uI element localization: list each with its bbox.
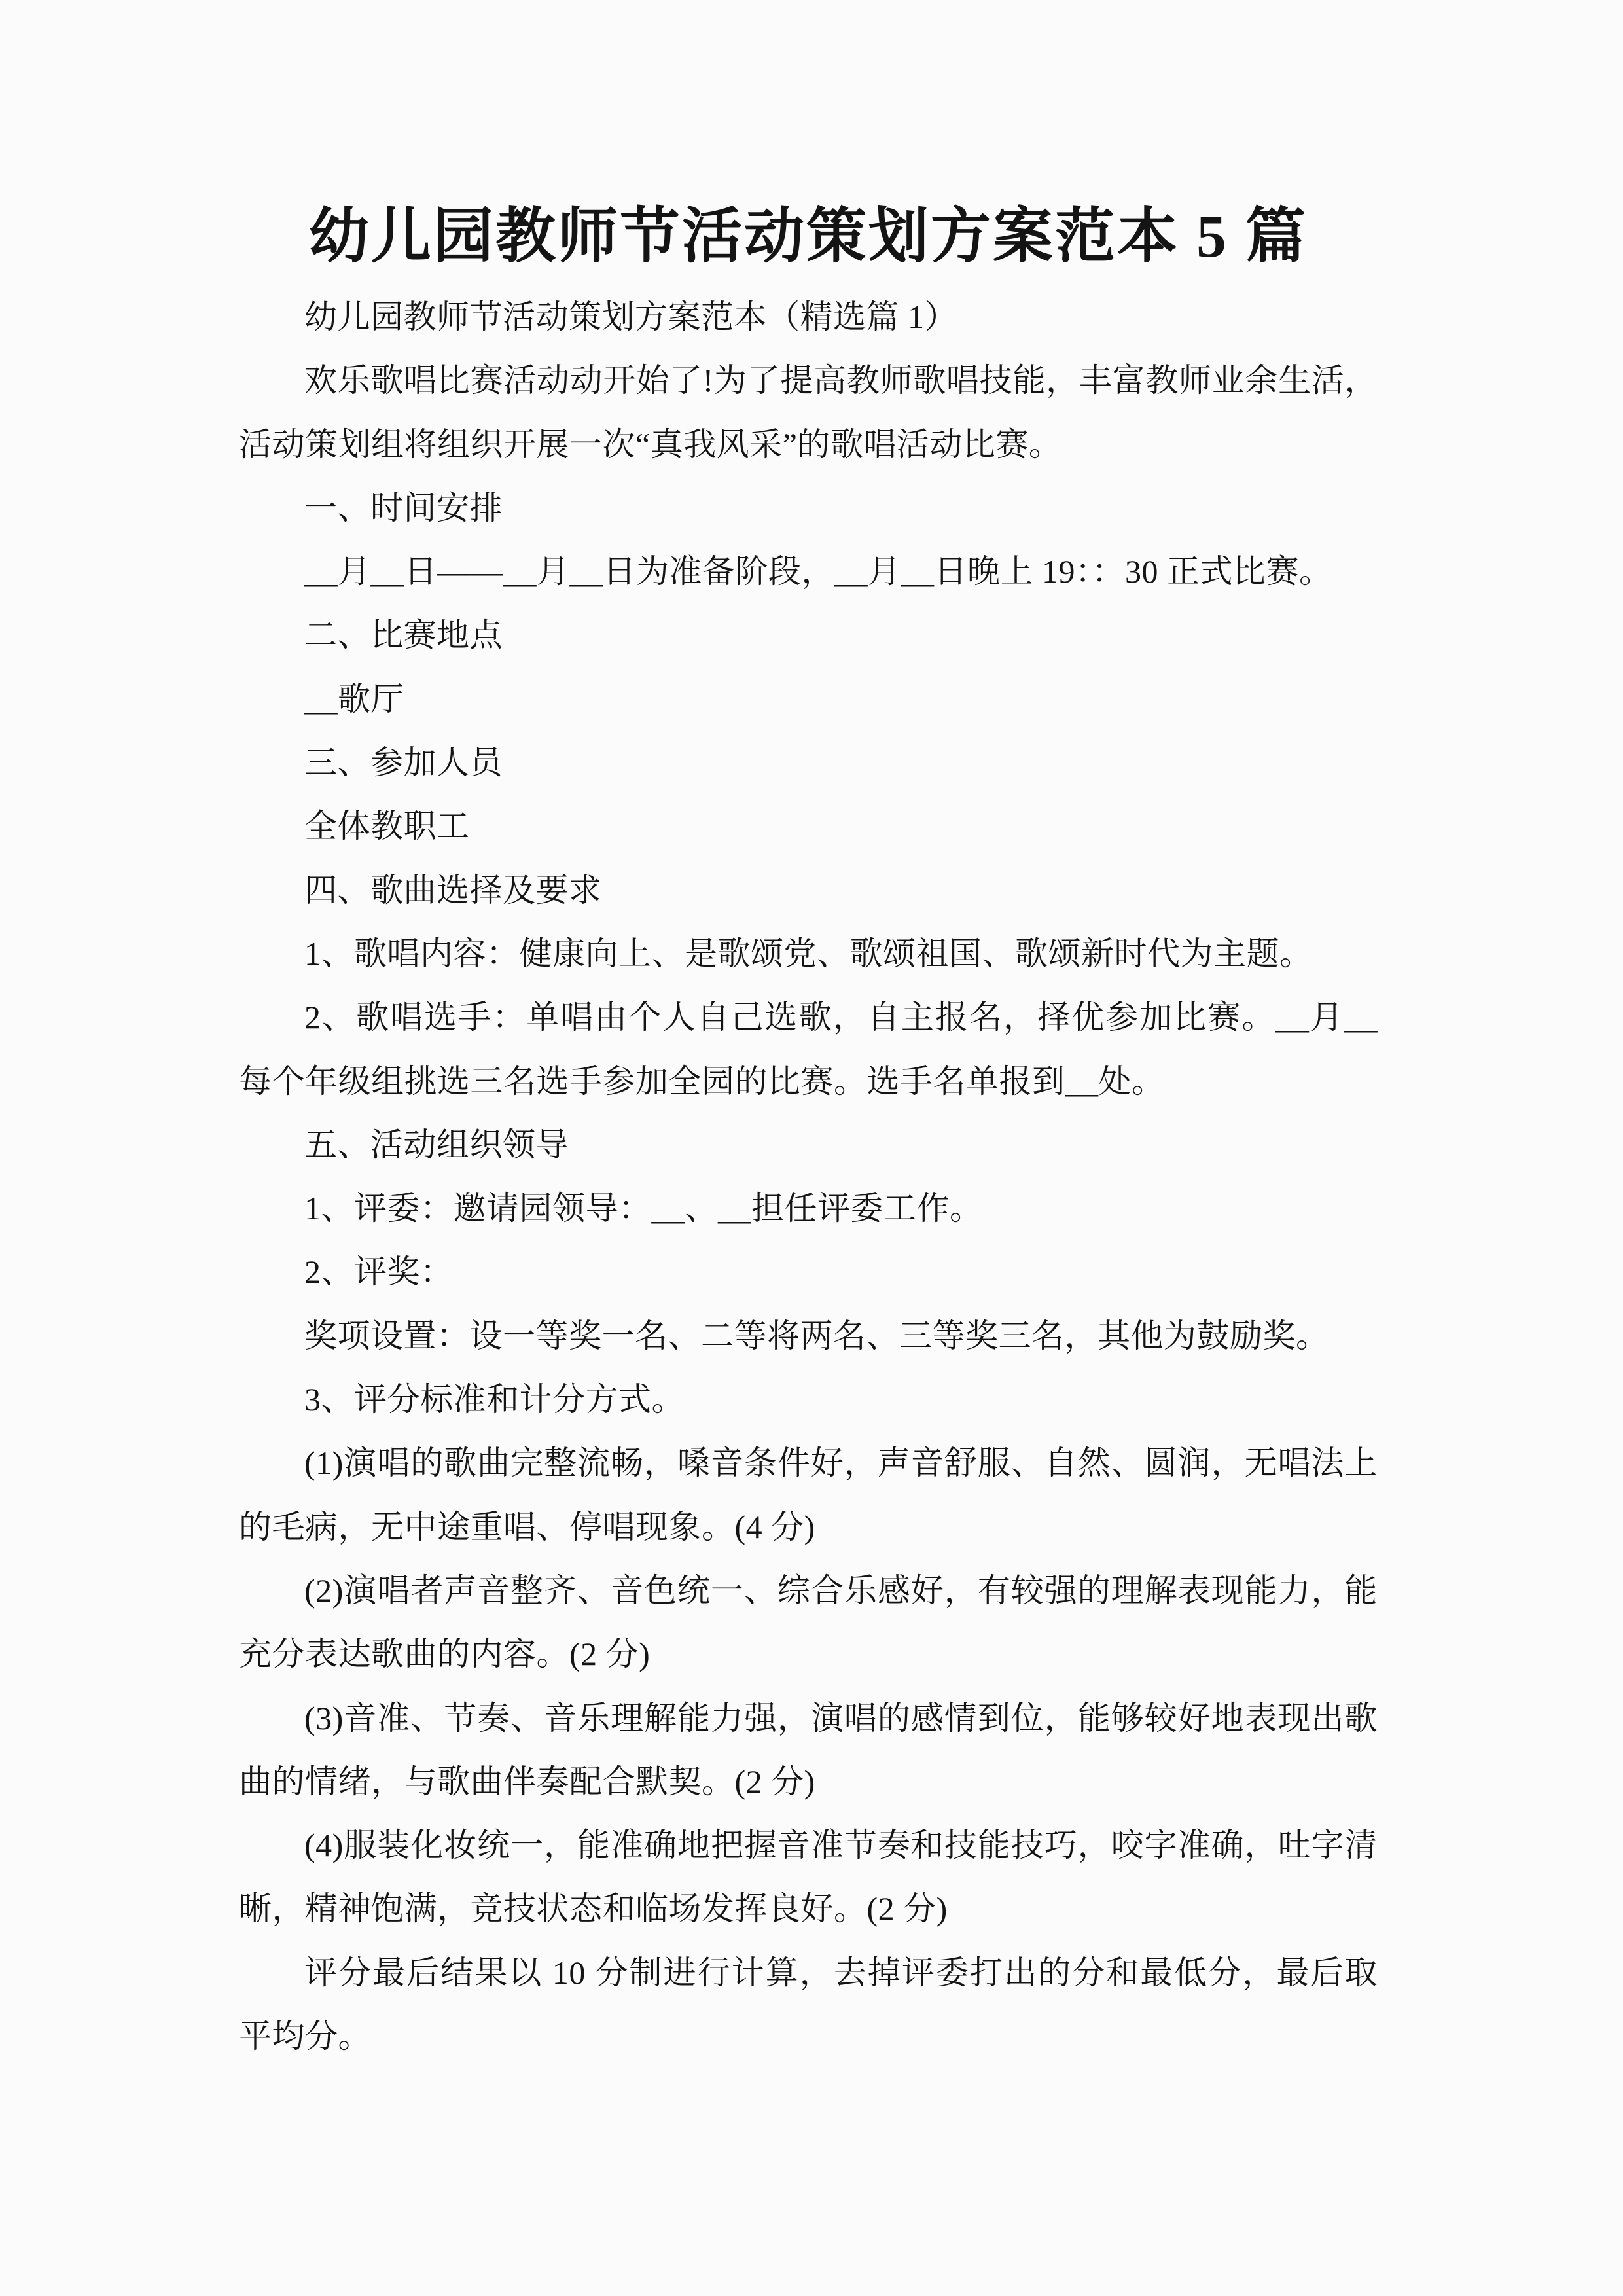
document-line: 奖项设置：设一等奖一名、二等将两名、三等奖三名，其他为鼓励奖。 [239, 1304, 1378, 1368]
document-line: 一、时间安排 [239, 476, 1378, 540]
document-line: 1、歌唱内容：健康向上、是歌颂党、歌颂祖国、歌颂新时代为主题。 [239, 922, 1378, 986]
document-line: 曲的情绪，与歌曲伴奏配合默契。(2 分) [239, 1750, 1378, 1814]
document-line: 全体教职工 [239, 795, 1378, 858]
document-line: 每个年级组挑选三名选手参加全园的比赛。选手名单报到__处。 [239, 1050, 1378, 1113]
document-line: 三、参加人员 [239, 731, 1378, 795]
document-body: 幼儿园教师节活动策划方案范本（精选篇 1）欢乐歌唱比赛活动动开始了!为了提高教师… [239, 285, 1378, 2068]
document-line: 的毛病，无中途重唱、停唱现象。(4 分) [239, 1496, 1378, 1559]
document-line: 四、歌曲选择及要求 [239, 859, 1378, 922]
document-line: (2)演唱者声音整齐、音色统一、综合乐感好，有较强的理解表现能力，能 [239, 1559, 1378, 1623]
document-line: (3)音准、节奏、音乐理解能力强，演唱的感情到位，能够较好地表现出歌 [239, 1687, 1378, 1750]
document-line: 充分表达歌曲的内容。(2 分) [239, 1623, 1378, 1686]
document-line: (1)演唱的歌曲完整流畅，嗓音条件好，声音舒服、自然、圆润，无唱法上 [239, 1431, 1378, 1495]
document-line: 评分最后结果以 10 分制进行计算，去掉评委打出的分和最低分，最后取其 [239, 1941, 1378, 2005]
document-line: 2、歌唱选手：单唱由个人自己选歌，自主报名，择优参加比赛。__月__日 [239, 986, 1378, 1049]
document-line: 幼儿园教师节活动策划方案范本（精选篇 1） [239, 285, 1378, 349]
document-page: 幼儿园教师节活动策划方案范本 5 篇 幼儿园教师节活动策划方案范本（精选篇 1）… [0, 0, 1623, 2296]
document-line: 1、评委：邀请园领导：__、__担任评委工作。 [239, 1177, 1378, 1240]
document-line: 活动策划组将组织开展一次“真我风采”的歌唱活动比赛。 [239, 413, 1378, 476]
document-line: 五、活动组织领导 [239, 1113, 1378, 1177]
document-line: (4)服装化妆统一，能准确地把握音准节奏和技能技巧，咬字准确，吐字清 [239, 1814, 1378, 1877]
document-title: 幼儿园教师节活动策划方案范本 5 篇 [239, 198, 1378, 275]
document-line: __月__日——__月__日为准备阶段，__月__日晚上 19：：30 正式比赛… [239, 540, 1378, 603]
document-line: 二、比赛地点 [239, 603, 1378, 667]
document-line: 欢乐歌唱比赛活动动开始了!为了提高教师歌唱技能，丰富教师业余生活， [239, 349, 1378, 412]
document-line: 平均分。 [239, 2005, 1378, 2068]
document-line: 晰，精神饱满，竞技状态和临场发挥良好。(2 分) [239, 1877, 1378, 1941]
document-line: 3、评分标准和计分方式。 [239, 1368, 1378, 1431]
document-line: __歌厅 [239, 668, 1378, 731]
document-line: 2、评奖： [239, 1240, 1378, 1304]
